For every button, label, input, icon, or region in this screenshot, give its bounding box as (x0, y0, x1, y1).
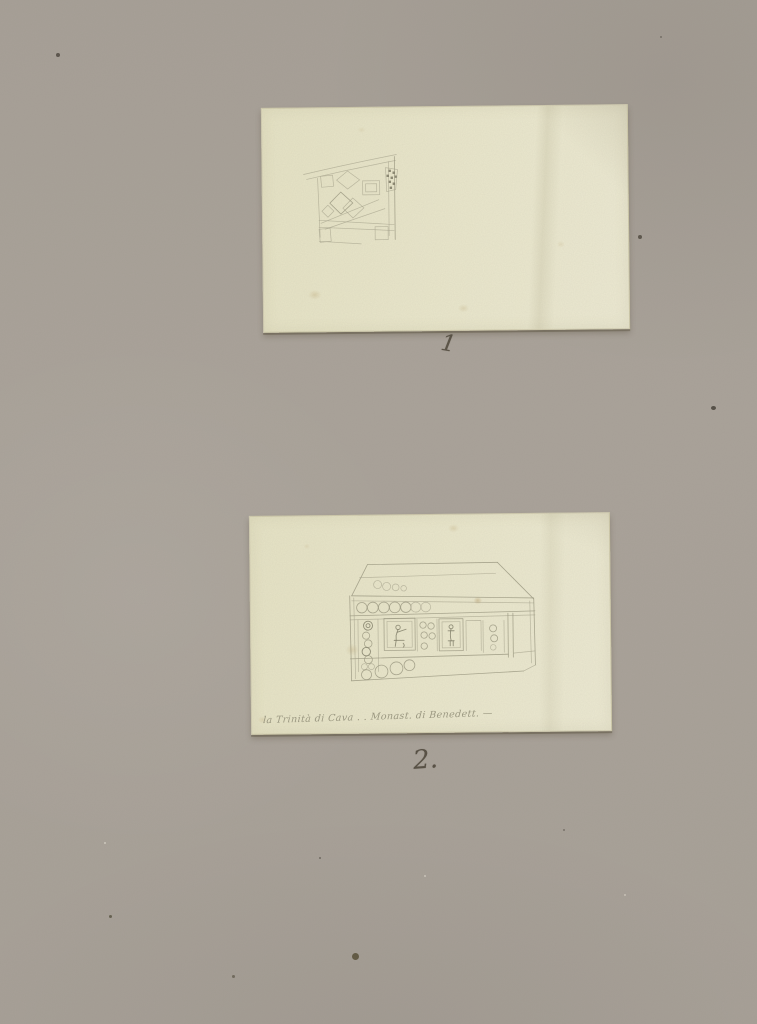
dust-speck (56, 53, 60, 57)
album-page: 1 (0, 0, 757, 1024)
pencil-sketch-wall-pattern (298, 147, 425, 256)
sketch-sheet-2: la Trinità di Cava . . Monast. di Benede… (249, 512, 612, 735)
paper-stain (446, 523, 461, 534)
paper-stain (555, 240, 566, 249)
dust-speck (711, 406, 716, 410)
paper-stain (306, 288, 324, 301)
dust-speck (232, 975, 235, 978)
dust-speck (109, 915, 112, 918)
dust-speck (352, 953, 359, 960)
pencil-sketch-monastery-facade (345, 556, 546, 690)
paper-stain (356, 126, 367, 134)
dust-speck (104, 842, 106, 844)
checkered-ornament (386, 170, 397, 190)
item-number-1: 1 (439, 330, 458, 358)
handwritten-caption: la Trinità di Cava . . Monast. di Benede… (263, 708, 494, 726)
dust-speck (660, 36, 662, 38)
dust-speck (563, 829, 565, 831)
item-number-2: 2. (412, 744, 439, 776)
dust-speck (319, 857, 321, 859)
sketch-sheet-1 (261, 104, 630, 333)
figure-doodle-2 (448, 625, 454, 646)
figure-doodle-1 (394, 625, 406, 647)
dust-speck (424, 875, 426, 877)
paper-stain (302, 542, 311, 550)
dust-speck (638, 235, 642, 239)
paper-stain (456, 303, 471, 314)
dust-speck (624, 894, 626, 896)
